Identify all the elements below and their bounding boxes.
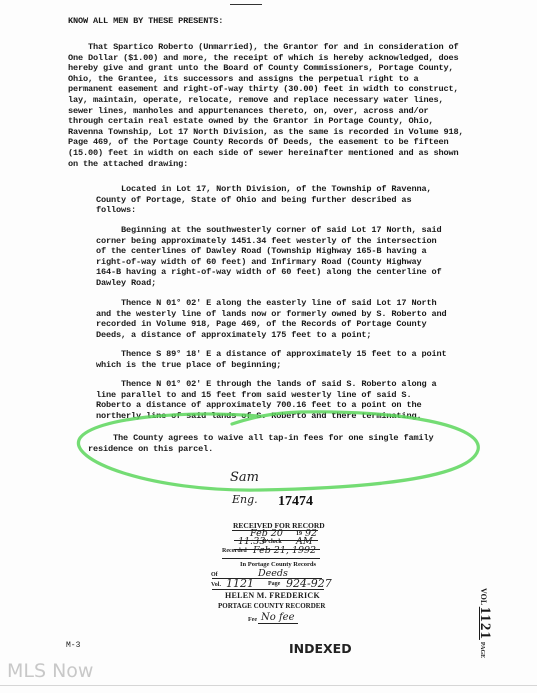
rule xyxy=(222,558,320,559)
page-label: Page xyxy=(268,581,280,587)
record-number: 17474 xyxy=(278,494,313,510)
indexed-stamp: INDEXED xyxy=(289,641,352,656)
fee-label: Fee xyxy=(248,617,257,623)
margin-volume: 1121 xyxy=(477,607,493,640)
margin-vol-label: VOL xyxy=(479,588,488,605)
watermark-underline xyxy=(0,685,537,686)
recorder-title: PORTAGE COUNTY RECORDER xyxy=(218,602,325,610)
margin-volume-stamp: VOL 1121 PAGE xyxy=(476,588,493,658)
margin-page-label: PAGE xyxy=(479,642,485,658)
recorded-date: Feb 21, 1992 xyxy=(253,545,316,556)
fee-value: No fee xyxy=(261,612,295,623)
recorded-label: Recorded xyxy=(222,548,247,554)
rule xyxy=(212,589,324,590)
mls-now-watermark: MLS Now xyxy=(7,660,93,682)
eng-label: Eng. xyxy=(232,493,258,506)
initials-signature: Sam xyxy=(230,470,259,485)
deed-page: KNOW ALL MEN BY THESE PRESENTS: That Spa… xyxy=(0,0,537,693)
form-code: M-3 xyxy=(66,641,80,650)
rule xyxy=(258,623,298,624)
in-records-label: In Portage County Records xyxy=(240,561,316,568)
recorder-name: HELEN M. FREDERICK xyxy=(225,591,320,600)
vol-label: Vol. xyxy=(211,582,221,588)
